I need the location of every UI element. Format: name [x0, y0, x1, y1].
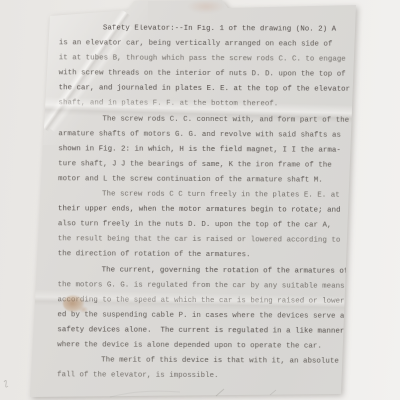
- paper-sheet: Safety Elevator:--In Fig. 1 of the drawi…: [0, 0, 400, 400]
- typed-line: safety devices alone. The current is reg…: [57, 323, 359, 340]
- typed-line: according to the speed at which the car …: [57, 293, 359, 310]
- typed-line: the car, and journaled in plates E. E. a…: [59, 82, 361, 99]
- typed-line: it at tubes B, through which pass the sc…: [59, 51, 361, 68]
- typed-line: is an elevator car, being vertically arr…: [59, 36, 361, 53]
- typed-line: armature shafts of motors G. G. and revo…: [58, 127, 360, 144]
- typed-line: The merit of this device is that with it…: [57, 353, 359, 370]
- typed-line: The current, governing the rotation of t…: [58, 263, 360, 280]
- typed-line: The screw rods C. C. connect with, and f…: [58, 112, 360, 129]
- typed-line: fall of the elevator, is impossible.: [57, 368, 359, 385]
- typed-line: the direction of rotation of the armatur…: [58, 248, 360, 265]
- typed-line: their upper ends, when the motor armatur…: [58, 202, 360, 219]
- typed-line: shown in Fig. 2: in which, H is the fiel…: [58, 142, 360, 159]
- typed-line: The screw rods C C turn freely in the pl…: [58, 187, 360, 204]
- typed-line: the result being that the car is raised …: [58, 233, 360, 250]
- typed-line: Safety Elevator:--In Fig. 1 of the drawi…: [59, 21, 361, 38]
- smudge-mark: [188, 0, 224, 13]
- photo-of-document: Safety Elevator:--In Fig. 1 of the drawi…: [0, 0, 400, 400]
- typed-line: the motors G. G. is regulated from the c…: [58, 278, 360, 295]
- typed-line: ture shaft, J J the bearings of same, K …: [58, 157, 360, 174]
- typed-text-block: Safety Elevator:--In Fig. 1 of the drawi…: [57, 21, 361, 385]
- typed-line: motor and L the screw continuation of th…: [58, 172, 360, 189]
- stain-mark-small: [79, 306, 88, 313]
- typed-line: with screw threads on the interior of nu…: [59, 66, 361, 83]
- typed-line: also turn freely in the nuts D. D. upon …: [58, 217, 360, 234]
- typed-line: where the device is alone depended upon …: [57, 338, 359, 355]
- typed-line: shaft, and in plates F. F. at the bottom…: [58, 97, 360, 114]
- typed-line: ed by the suspending cable P. in cases w…: [57, 308, 359, 325]
- paper-shadow: Safety Elevator:--In Fig. 1 of the drawi…: [0, 0, 400, 400]
